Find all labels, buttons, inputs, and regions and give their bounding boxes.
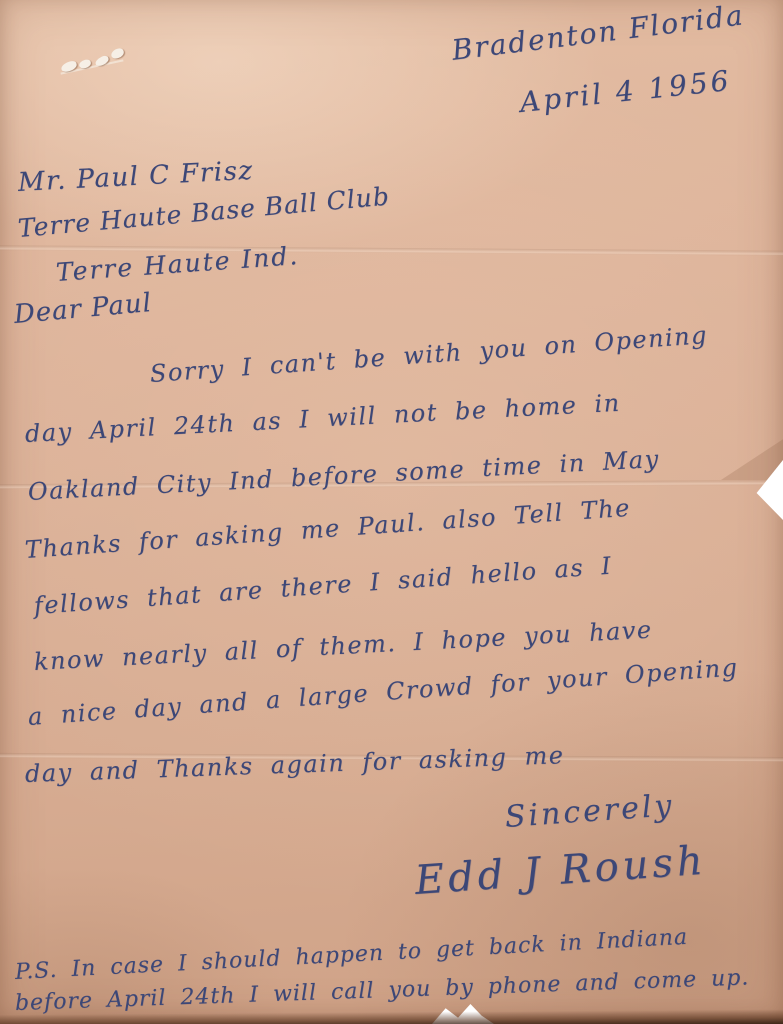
heading-date: April 4 1956 xyxy=(518,64,733,119)
signature: Edd J Roush xyxy=(413,838,708,904)
letter-paper: Bradenton Florida April 4 1956 Mr. Paul … xyxy=(0,0,783,1024)
salutation: Dear Paul xyxy=(13,288,153,330)
body-line: Thanks for asking me Paul. also Tell The xyxy=(24,494,632,564)
paper-damage-spot xyxy=(110,47,125,60)
closing: Sincerely xyxy=(504,788,676,835)
body-line: Oakland City Ind before some time in May xyxy=(27,445,660,506)
body-line: Sorry I can't be with you on Opening xyxy=(149,321,709,388)
recipient-name: Mr. Paul C Frisz xyxy=(17,156,254,198)
body-line: fellows that are there I said hello as I xyxy=(33,552,613,620)
letter-scan-page: Bradenton Florida April 4 1956 Mr. Paul … xyxy=(0,0,783,1024)
heading-location: Bradenton Florida xyxy=(450,0,746,67)
body-line: day April 24th as I will not be home in xyxy=(24,389,621,448)
body-line: day and Thanks again for asking me xyxy=(25,741,565,788)
